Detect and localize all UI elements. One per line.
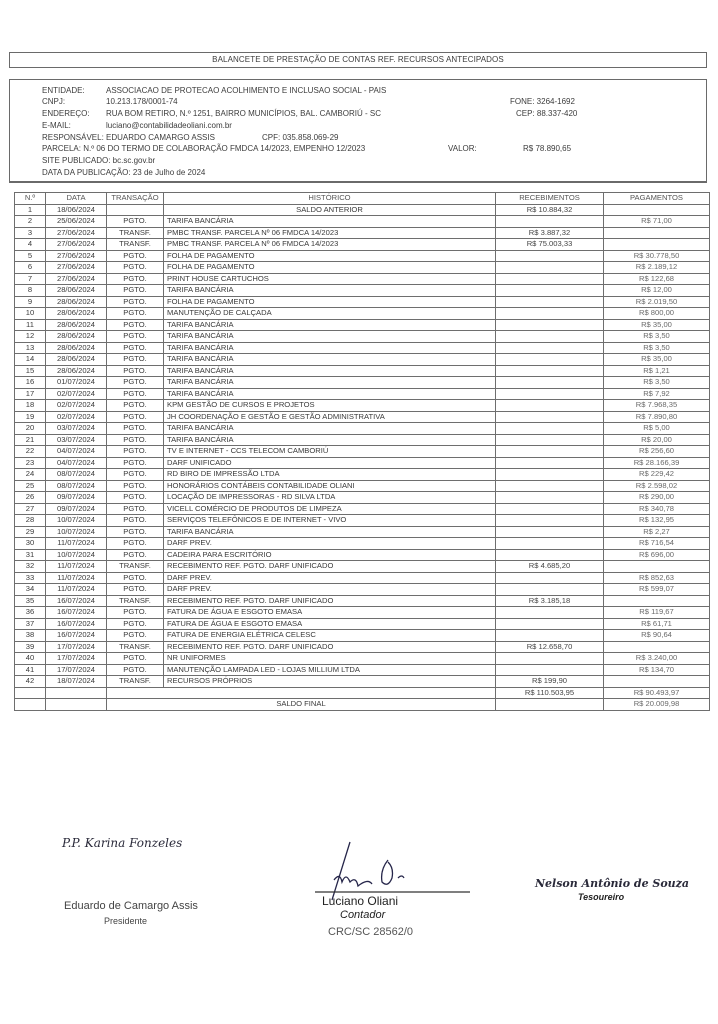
- cnpj-label: CNPJ:: [42, 96, 106, 107]
- header-historico: HISTÓRICO: [164, 193, 496, 205]
- row-recebimento: [496, 549, 604, 561]
- table-row: 2003/07/2024PGTO.TARIFA BANCÁRIAR$ 5,00: [15, 423, 710, 435]
- header-pagamentos: PAGAMENTOS: [604, 193, 710, 205]
- row-transacao: PGTO.: [107, 480, 164, 492]
- row-historico: RECEBIMENTO REF. PGTO. DARF UNIFICADO: [164, 641, 496, 653]
- row-num: 37: [15, 618, 46, 630]
- table-row: 327/06/2024TRANSF.PMBC TRANSF. PARCELA N…: [15, 227, 710, 239]
- row-transacao: TRANSF.: [107, 641, 164, 653]
- row-pagamento: R$ 340,78: [604, 503, 710, 515]
- row-recebimento: [496, 354, 604, 366]
- table-row: 1528/06/2024PGTO.TARIFA BANCÁRIAR$ 1,21: [15, 365, 710, 377]
- row-date: 28/06/2024: [46, 342, 107, 354]
- row-historico: TARIFA BANCÁRIA: [164, 354, 496, 366]
- row-pagamento: [604, 227, 710, 239]
- row-date: 25/06/2024: [46, 216, 107, 228]
- row-historico: TARIFA BANCÁRIA: [164, 423, 496, 435]
- row-historico: TARIFA BANCÁRIA: [164, 377, 496, 389]
- entidade-row: ENTIDADE:ASSOCIACAO DE PROTECAO ACOLHIME…: [42, 85, 386, 96]
- row-pagamento: R$ 12,00: [604, 285, 710, 297]
- row-recebimento: [496, 342, 604, 354]
- table-row: 2709/07/2024PGTO.VICELL COMÉRCIO DE PROD…: [15, 503, 710, 515]
- row-recebimento: [496, 492, 604, 504]
- row-historico: SALDO ANTERIOR: [164, 204, 496, 216]
- row-transacao: PGTO.: [107, 653, 164, 665]
- table-row: 4017/07/2024PGTO.NR UNIFORMESR$ 3.240,00: [15, 653, 710, 665]
- row-pagamento: [604, 239, 710, 251]
- row-pagamento: R$ 2.598,02: [604, 480, 710, 492]
- row-pagamento: R$ 5,00: [604, 423, 710, 435]
- row-num: 36: [15, 607, 46, 619]
- row-pagamento: R$ 3,50: [604, 331, 710, 343]
- row-pagamento: R$ 7.890,80: [604, 411, 710, 423]
- table-row: 1328/06/2024PGTO.TARIFA BANCÁRIAR$ 3,50: [15, 342, 710, 354]
- row-recebimento: [496, 503, 604, 515]
- row-transacao: PGTO.: [107, 296, 164, 308]
- row-recebimento: [496, 572, 604, 584]
- row-recebimento: [496, 446, 604, 458]
- totals-date-cell: [46, 687, 107, 699]
- row-num: 11: [15, 319, 46, 331]
- tesoureiro-role: Tesoureiro: [578, 892, 624, 902]
- table-row: 225/06/2024PGTO.TARIFA BANCÁRIAR$ 71,00: [15, 216, 710, 228]
- row-recebimento: [496, 273, 604, 285]
- table-row: 2810/07/2024PGTO.SERVIÇOS TELEFÔNICOS E …: [15, 515, 710, 527]
- totals-num-cell: [15, 687, 46, 699]
- table-row: 4218/07/2024TRANSF.RECURSOS PRÓPRIOSR$ 1…: [15, 676, 710, 688]
- valor-value: R$ 78.890,65: [523, 143, 571, 154]
- contador-name: Luciano Oliani: [322, 894, 398, 908]
- row-pagamento: R$ 716,54: [604, 538, 710, 550]
- row-num: 20: [15, 423, 46, 435]
- row-pagamento: R$ 7,92: [604, 388, 710, 400]
- table-row: 1228/06/2024PGTO.TARIFA BANCÁRIAR$ 3,50: [15, 331, 710, 343]
- row-num: 14: [15, 354, 46, 366]
- saldo-final-row: SALDO FINAL R$ 20.009,98: [15, 699, 710, 711]
- row-num: 19: [15, 411, 46, 423]
- row-num: 9: [15, 296, 46, 308]
- row-date: 16/07/2024: [46, 618, 107, 630]
- parcela-row: PARCELA: N.º 06 DO TERMO DE COLABORAÇÃO …: [42, 143, 365, 154]
- row-historico: PRINT HOUSE CARTUCHOS: [164, 273, 496, 285]
- row-pagamento: R$ 119,67: [604, 607, 710, 619]
- row-pagamento: R$ 61,71: [604, 618, 710, 630]
- row-pagamento: R$ 1,21: [604, 365, 710, 377]
- responsavel-row: RESPONSÁVEL: EDUARDO CAMARGO ASSIS: [42, 132, 215, 143]
- row-transacao: TRANSF.: [107, 227, 164, 239]
- row-recebimento: [496, 526, 604, 538]
- row-date: 27/06/2024: [46, 273, 107, 285]
- table-row: 3311/07/2024PGTO.DARF PREV.R$ 852,63: [15, 572, 710, 584]
- row-transacao: PGTO.: [107, 262, 164, 274]
- table-row: 1128/06/2024PGTO.TARIFA BANCÁRIAR$ 35,00: [15, 319, 710, 331]
- row-transacao: PGTO.: [107, 515, 164, 527]
- row-date: 10/07/2024: [46, 526, 107, 538]
- row-num: 21: [15, 434, 46, 446]
- row-transacao: PGTO.: [107, 469, 164, 481]
- row-num: 42: [15, 676, 46, 688]
- table-row: 1601/07/2024PGTO.TARIFA BANCÁRIAR$ 3,50: [15, 377, 710, 389]
- row-num: 15: [15, 365, 46, 377]
- row-historico: TARIFA BANCÁRIA: [164, 434, 496, 446]
- row-historico: FOLHA DE PAGAMENTO: [164, 296, 496, 308]
- header-recebimentos: RECEBIMENTOS: [496, 193, 604, 205]
- row-historico: LOCAÇÃO DE IMPRESSORAS - RD SILVA LTDA: [164, 492, 496, 504]
- row-transacao: PGTO.: [107, 446, 164, 458]
- row-recebimento: R$ 3.185,18: [496, 595, 604, 607]
- endereco-row: ENDEREÇO:RUA BOM RETIRO, N.º 1251, BAIRR…: [42, 108, 381, 119]
- row-date: 16/07/2024: [46, 607, 107, 619]
- row-date: 02/07/2024: [46, 388, 107, 400]
- table-row: 3411/07/2024PGTO.DARF PREV.R$ 599,07: [15, 584, 710, 596]
- row-date: 28/06/2024: [46, 296, 107, 308]
- row-historico: RECURSOS PRÓPRIOS: [164, 676, 496, 688]
- row-historico: NR UNIFORMES: [164, 653, 496, 665]
- data-publicacao-value: DATA DA PUBLICAÇÃO: 23 de Julho de 2024: [42, 168, 205, 177]
- row-transacao: [107, 204, 164, 216]
- cpf-value: CPF: 035.858.069-29: [262, 132, 339, 143]
- row-historico: FATURA DE ENERGIA ELÉTRICA CELESC: [164, 630, 496, 642]
- row-pagamento: R$ 71,00: [604, 216, 710, 228]
- row-recebimento: [496, 262, 604, 274]
- total-pagamentos: R$ 90.493,97: [604, 687, 710, 699]
- row-transacao: PGTO.: [107, 331, 164, 343]
- row-num: 22: [15, 446, 46, 458]
- row-pagamento: R$ 3,50: [604, 342, 710, 354]
- row-recebimento: R$ 75.003,33: [496, 239, 604, 251]
- row-recebimento: R$ 4.685,20: [496, 561, 604, 573]
- row-num: 6: [15, 262, 46, 274]
- row-date: 27/06/2024: [46, 227, 107, 239]
- row-num: 38: [15, 630, 46, 642]
- table-row: 3616/07/2024PGTO.FATURA DE ÁGUA E ESGOTO…: [15, 607, 710, 619]
- row-transacao: PGTO.: [107, 526, 164, 538]
- row-recebimento: [496, 411, 604, 423]
- saldo-rec-cell: [496, 699, 604, 711]
- row-num: 8: [15, 285, 46, 297]
- row-recebimento: [496, 630, 604, 642]
- row-transacao: PGTO.: [107, 664, 164, 676]
- row-num: 10: [15, 308, 46, 320]
- row-historico: TARIFA BANCÁRIA: [164, 331, 496, 343]
- cep-value: CEP: 88.337-420: [516, 108, 577, 119]
- row-date: 04/07/2024: [46, 457, 107, 469]
- row-transacao: PGTO.: [107, 457, 164, 469]
- table-row: 3516/07/2024TRANSF.RECEBIMENTO REF. PGTO…: [15, 595, 710, 607]
- table-row: 2508/07/2024PGTO.HONORÁRIOS CONTÁBEIS CO…: [15, 480, 710, 492]
- row-transacao: PGTO.: [107, 423, 164, 435]
- row-recebimento: [496, 331, 604, 343]
- table-row: 3816/07/2024PGTO.FATURA DE ENERGIA ELÉTR…: [15, 630, 710, 642]
- row-date: 09/07/2024: [46, 492, 107, 504]
- row-transacao: PGTO.: [107, 319, 164, 331]
- row-pagamento: R$ 2.189,12: [604, 262, 710, 274]
- row-historico: TARIFA BANCÁRIA: [164, 388, 496, 400]
- row-date: 08/07/2024: [46, 469, 107, 481]
- row-recebimento: [496, 584, 604, 596]
- row-pagamento: R$ 3.240,00: [604, 653, 710, 665]
- row-pagamento: [604, 641, 710, 653]
- row-date: 11/07/2024: [46, 561, 107, 573]
- row-date: 17/07/2024: [46, 653, 107, 665]
- row-historico: MANUTENÇÃO LAMPADA LED - LOJAS MILLIUM L…: [164, 664, 496, 676]
- row-historico: DARF PREV.: [164, 572, 496, 584]
- table-row: 3110/07/2024PGTO.CADEIRA PARA ESCRITÓRIO…: [15, 549, 710, 561]
- row-pagamento: R$ 7.968,35: [604, 400, 710, 412]
- row-recebimento: [496, 296, 604, 308]
- row-pagamento: R$ 599,07: [604, 584, 710, 596]
- row-historico: DARF PREV.: [164, 538, 496, 550]
- row-date: 11/07/2024: [46, 584, 107, 596]
- row-num: 18: [15, 400, 46, 412]
- row-recebimento: R$ 12.658,70: [496, 641, 604, 653]
- row-date: 03/07/2024: [46, 423, 107, 435]
- row-historico: TARIFA BANCÁRIA: [164, 216, 496, 228]
- entidade-label: ENTIDADE:: [42, 85, 106, 96]
- row-historico: FOLHA DE PAGAMENTO: [164, 250, 496, 262]
- row-pagamento: R$ 122,68: [604, 273, 710, 285]
- row-recebimento: [496, 377, 604, 389]
- row-num: 27: [15, 503, 46, 515]
- row-num: 35: [15, 595, 46, 607]
- row-transacao: TRANSF.: [107, 595, 164, 607]
- row-pagamento: [604, 676, 710, 688]
- row-num: 5: [15, 250, 46, 262]
- row-transacao: TRANSF.: [107, 561, 164, 573]
- table-row: 928/06/2024PGTO.FOLHA DE PAGAMENTOR$ 2.0…: [15, 296, 710, 308]
- row-date: 10/07/2024: [46, 515, 107, 527]
- row-historico: TARIFA BANCÁRIA: [164, 526, 496, 538]
- row-num: 1: [15, 204, 46, 216]
- row-num: 39: [15, 641, 46, 653]
- row-pagamento: R$ 256,60: [604, 446, 710, 458]
- row-pagamento: R$ 28.166,39: [604, 457, 710, 469]
- row-date: 02/07/2024: [46, 411, 107, 423]
- row-transacao: PGTO.: [107, 342, 164, 354]
- ledger-body: 118/06/2024SALDO ANTERIORR$ 10.884,32225…: [15, 204, 710, 687]
- row-pagamento: [604, 204, 710, 216]
- presidente-handwritten-signature: P.P. Karina Fonzeles: [62, 836, 182, 850]
- row-transacao: TRANSF.: [107, 676, 164, 688]
- row-historico: FOLHA DE PAGAMENTO: [164, 262, 496, 274]
- row-recebimento: [496, 515, 604, 527]
- row-transacao: PGTO.: [107, 354, 164, 366]
- row-num: 7: [15, 273, 46, 285]
- row-historico: PMBC TRANSF. PARCELA Nº 06 FMDCA 14/2023: [164, 239, 496, 251]
- responsavel-value: RESPONSÁVEL: EDUARDO CAMARGO ASSIS: [42, 133, 215, 142]
- row-date: 27/06/2024: [46, 239, 107, 251]
- endereco-label: ENDEREÇO:: [42, 108, 106, 119]
- row-historico: HONORÁRIOS CONTÁBEIS CONTABILIDADE OLIAN…: [164, 480, 496, 492]
- row-historico: SERVIÇOS TELEFÔNICOS E DE INTERNET - VIV…: [164, 515, 496, 527]
- row-recebimento: [496, 388, 604, 400]
- row-historico: RECEBIMENTO REF. PGTO. DARF UNIFICADO: [164, 561, 496, 573]
- header-num: N.º: [15, 193, 46, 205]
- row-pagamento: R$ 132,95: [604, 515, 710, 527]
- row-transacao: PGTO.: [107, 365, 164, 377]
- row-historico: RECEBIMENTO REF. PGTO. DARF UNIFICADO: [164, 595, 496, 607]
- table-row: 2609/07/2024PGTO.LOCAÇÃO DE IMPRESSORAS …: [15, 492, 710, 504]
- row-pagamento: R$ 20,00: [604, 434, 710, 446]
- row-date: 17/07/2024: [46, 641, 107, 653]
- row-transacao: PGTO.: [107, 503, 164, 515]
- endereco-value: RUA BOM RETIRO, N.º 1251, BAIRRO MUNICÍP…: [106, 108, 381, 119]
- row-transacao: TRANSF.: [107, 239, 164, 251]
- totals-row: R$ 110.503,95 R$ 90.493,97: [15, 687, 710, 699]
- table-row: 1902/07/2024PGTO.JH COORDENAÇÃO E GESTÃO…: [15, 411, 710, 423]
- table-row: 2408/07/2024PGTO.RD BIRO DE IMPRESSÃO LT…: [15, 469, 710, 481]
- row-date: 01/07/2024: [46, 377, 107, 389]
- email-label: E-MAIL:: [42, 120, 106, 131]
- row-recebimento: [496, 480, 604, 492]
- saldo-final-value: R$ 20.009,98: [604, 699, 710, 711]
- entity-info-box: ENTIDADE:ASSOCIACAO DE PROTECAO ACOLHIME…: [9, 79, 707, 183]
- tesoureiro-handwritten-signature: Nelson Antônio de Souza: [535, 877, 689, 890]
- ledger-table: N.º DATA TRANSAÇÃO HISTÓRICO RECEBIMENTO…: [14, 192, 710, 711]
- row-num: 30: [15, 538, 46, 550]
- total-recebimentos: R$ 110.503,95: [496, 687, 604, 699]
- row-transacao: PGTO.: [107, 434, 164, 446]
- row-num: 4: [15, 239, 46, 251]
- saldo-date-cell: [46, 699, 107, 711]
- row-num: 26: [15, 492, 46, 504]
- row-historico: RD BIRO DE IMPRESSÃO LTDA: [164, 469, 496, 481]
- row-num: 12: [15, 331, 46, 343]
- row-recebimento: [496, 434, 604, 446]
- row-recebimento: [496, 285, 604, 297]
- table-header-row: N.º DATA TRANSAÇÃO HISTÓRICO RECEBIMENTO…: [15, 193, 710, 205]
- row-transacao: PGTO.: [107, 377, 164, 389]
- row-num: 16: [15, 377, 46, 389]
- row-date: 27/06/2024: [46, 250, 107, 262]
- document-title: BALANCETE DE PRESTAÇÃO DE CONTAS REF. RE…: [9, 52, 707, 68]
- row-transacao: PGTO.: [107, 216, 164, 228]
- row-transacao: PGTO.: [107, 607, 164, 619]
- row-pagamento: R$ 35,00: [604, 319, 710, 331]
- table-row: 3716/07/2024PGTO.FATURA DE ÁGUA E ESGOTO…: [15, 618, 710, 630]
- row-num: 17: [15, 388, 46, 400]
- row-pagamento: R$ 696,00: [604, 549, 710, 561]
- row-num: 31: [15, 549, 46, 561]
- email-row: E-MAIL:luciano@contabilidadeoliani.com.b…: [42, 120, 232, 131]
- row-date: 17/07/2024: [46, 664, 107, 676]
- row-historico: TARIFA BANCÁRIA: [164, 285, 496, 297]
- row-pagamento: R$ 35,00: [604, 354, 710, 366]
- row-pagamento: [604, 595, 710, 607]
- row-transacao: PGTO.: [107, 400, 164, 412]
- row-pagamento: R$ 30.778,50: [604, 250, 710, 262]
- row-recebimento: [496, 607, 604, 619]
- row-historico: PMBC TRANSF. PARCELA Nº 06 FMDCA 14/2023: [164, 227, 496, 239]
- row-transacao: PGTO.: [107, 538, 164, 550]
- row-date: 16/07/2024: [46, 630, 107, 642]
- row-pagamento: R$ 852,63: [604, 572, 710, 584]
- table-row: 627/06/2024PGTO.FOLHA DE PAGAMENTOR$ 2.1…: [15, 262, 710, 274]
- row-num: 13: [15, 342, 46, 354]
- row-recebimento: [496, 365, 604, 377]
- table-row: 118/06/2024SALDO ANTERIORR$ 10.884,32: [15, 204, 710, 216]
- row-transacao: PGTO.: [107, 492, 164, 504]
- row-pagamento: R$ 229,42: [604, 469, 710, 481]
- header-data: DATA: [46, 193, 107, 205]
- row-date: 11/07/2024: [46, 572, 107, 584]
- row-num: 40: [15, 653, 46, 665]
- cnpj-row: CNPJ:10.213.178/0001-74: [42, 96, 178, 107]
- row-recebimento: R$ 199,90: [496, 676, 604, 688]
- row-historico: CADEIRA PARA ESCRITÓRIO: [164, 549, 496, 561]
- table-row: 1028/06/2024PGTO.MANUTENÇÃO DE CALÇADAR$…: [15, 308, 710, 320]
- row-pagamento: R$ 2,27: [604, 526, 710, 538]
- row-pagamento: R$ 3,50: [604, 377, 710, 389]
- row-historico: TARIFA BANCÁRIA: [164, 365, 496, 377]
- row-num: 25: [15, 480, 46, 492]
- table-row: 2103/07/2024PGTO.TARIFA BANCÁRIAR$ 20,00: [15, 434, 710, 446]
- table-row: 2204/07/2024PGTO.TV E INTERNET - CCS TEL…: [15, 446, 710, 458]
- table-row: 4117/07/2024PGTO.MANUTENÇÃO LAMPADA LED …: [15, 664, 710, 676]
- row-recebimento: R$ 10.884,32: [496, 204, 604, 216]
- table-row: 1428/06/2024PGTO.TARIFA BANCÁRIAR$ 35,00: [15, 354, 710, 366]
- data-publicacao-row: DATA DA PUBLICAÇÃO: 23 de Julho de 2024: [42, 167, 205, 178]
- row-recebimento: [496, 423, 604, 435]
- table-row: 2304/07/2024PGTO.DARF UNIFICADOR$ 28.166…: [15, 457, 710, 469]
- row-date: 09/07/2024: [46, 503, 107, 515]
- site-value: SITE PUBLICADO: bc.sc.gov.br: [42, 156, 155, 165]
- row-recebimento: [496, 469, 604, 481]
- row-transacao: PGTO.: [107, 285, 164, 297]
- row-transacao: PGTO.: [107, 618, 164, 630]
- fone-value: FONE: 3264-1692: [510, 96, 575, 107]
- document-page: BALANCETE DE PRESTAÇÃO DE CONTAS REF. RE…: [0, 0, 718, 1024]
- entidade-value: ASSOCIACAO DE PROTECAO ACOLHIMENTO E INC…: [106, 85, 386, 96]
- row-pagamento: R$ 2.019,50: [604, 296, 710, 308]
- table-row: 3917/07/2024TRANSF.RECEBIMENTO REF. PGTO…: [15, 641, 710, 653]
- site-row: SITE PUBLICADO: bc.sc.gov.br: [42, 155, 155, 166]
- row-date: 28/06/2024: [46, 308, 107, 320]
- row-historico: DARF PREV.: [164, 584, 496, 596]
- row-recebimento: [496, 250, 604, 262]
- row-date: 28/06/2024: [46, 319, 107, 331]
- row-date: 11/07/2024: [46, 538, 107, 550]
- row-transacao: PGTO.: [107, 250, 164, 262]
- row-recebimento: [496, 319, 604, 331]
- table-row: 1702/07/2024PGTO.TARIFA BANCÁRIAR$ 7,92: [15, 388, 710, 400]
- row-num: 33: [15, 572, 46, 584]
- row-date: 28/06/2024: [46, 354, 107, 366]
- row-historico: MANUTENÇÃO DE CALÇADA: [164, 308, 496, 320]
- row-pagamento: R$ 290,00: [604, 492, 710, 504]
- row-recebimento: [496, 538, 604, 550]
- row-date: 04/07/2024: [46, 446, 107, 458]
- row-date: 18/06/2024: [46, 204, 107, 216]
- row-historico: VICELL COMÉRCIO DE PRODUTOS DE LIMPEZA: [164, 503, 496, 515]
- contador-role: Contador: [340, 909, 385, 921]
- contador-registry: CRC/SC 28562/0: [328, 926, 413, 936]
- row-recebimento: [496, 308, 604, 320]
- row-historico: TV E INTERNET - CCS TELECOM CAMBORIÚ: [164, 446, 496, 458]
- table-row: 727/06/2024PGTO.PRINT HOUSE CARTUCHOSR$ …: [15, 273, 710, 285]
- row-transacao: PGTO.: [107, 308, 164, 320]
- table-row: 527/06/2024PGTO.FOLHA DE PAGAMENTOR$ 30.…: [15, 250, 710, 262]
- row-date: 10/07/2024: [46, 549, 107, 561]
- row-date: 28/06/2024: [46, 285, 107, 297]
- row-num: 32: [15, 561, 46, 573]
- table-row: 1802/07/2024PGTO.KPM GESTÃO DE CURSOS E …: [15, 400, 710, 412]
- row-date: 03/07/2024: [46, 434, 107, 446]
- row-historico: DARF UNIFICADO: [164, 457, 496, 469]
- row-date: 08/07/2024: [46, 480, 107, 492]
- row-transacao: PGTO.: [107, 273, 164, 285]
- row-transacao: PGTO.: [107, 388, 164, 400]
